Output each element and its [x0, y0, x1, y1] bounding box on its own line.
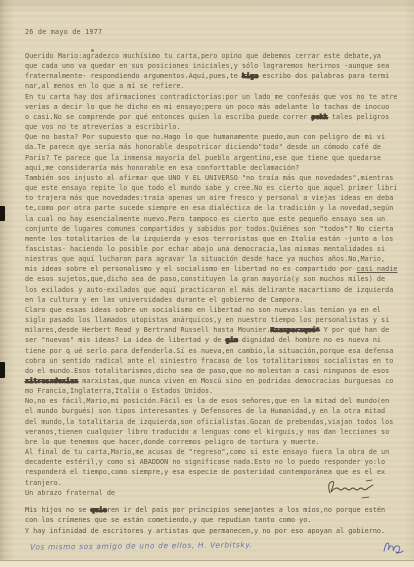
scan-mark [0, 362, 5, 378]
letter-text: Al final de tu carta,Mario,me acusas de … [25, 448, 389, 456]
letter-line: Mis hijos no se quieren ir del país por … [25, 505, 405, 515]
letter-line: Querido Mario:agradezco muchísimo tu car… [25, 51, 405, 61]
letter-text: aquí,me consideraría más honorable en es… [25, 164, 299, 172]
overstruck-text: quie [90, 506, 106, 514]
letter-text: Que no basta? Por supuesto que no.Hago l… [25, 133, 385, 141]
letter-text: verías a decir lo que he dicho en mi ens… [25, 103, 389, 111]
letter-line: París? Te parece que la inmensa mayoría … [25, 153, 405, 163]
overstruck-text: xitrasxdexiax [25, 377, 78, 385]
letter-text: o casi.No se comprende por qué entonces … [25, 113, 311, 121]
letter-text: bre lo que tenemos que hacer,donde corre… [25, 438, 320, 446]
letter-text: También sos injusto al afirmar que UNO Y… [25, 174, 393, 182]
letter-body: Querido Mario:agradezco muchísimo tu car… [25, 51, 405, 498]
letter-line: fascistas- haciendo lo posible por echar… [25, 244, 405, 254]
letter-line: veranos,tienen cualquier libro traducido… [25, 427, 405, 437]
letter-text: de esos sujetos,que,dicho sea de paso,co… [25, 275, 385, 283]
scan-mark [0, 206, 5, 221]
letter-text: mo Francia,Inglaterra,Italia o Estados U… [25, 387, 213, 395]
letter-line: mis ideas sobre el personalismo y el soc… [25, 264, 405, 274]
underlined-text: casi nadie [356, 265, 397, 273]
letter-line: que vos no te atreverías a escribirlo. [25, 122, 405, 132]
letter-text: en la cultura y en las universidades dur… [25, 296, 303, 304]
letter-line: conjunto de lugares comunes compartidos … [25, 224, 405, 234]
letter-text: to trajera más que novedades:traía apena… [25, 194, 393, 202]
letter-text: do el mundo.Esos totalitarismos,dicho se… [25, 367, 389, 375]
letter-line: del mundo,la totalitaria de izquierda,so… [25, 417, 405, 427]
letter-text: No,no es fácil,Mario,mi posición.Fácil e… [25, 397, 389, 405]
letter-text: ren ir del país por principios semejante… [107, 506, 385, 514]
letter-line: Que no basta? Por supuesto que no.Hago l… [25, 132, 405, 142]
letter-line: tiene por q ué serlo para defenderla.Sí … [25, 346, 405, 356]
letter-text: los exilados y auto-exilados que aquí pr… [25, 286, 393, 294]
letter-text: conjunto de lugares comunes compartidos … [25, 225, 393, 233]
letter-line: decadente estéril,y como si ABADDON no s… [25, 457, 405, 467]
letter-line: nar,al menos en lo que a mí se refiere. [25, 81, 405, 91]
letter-line: aquí,me consideraría más honorable en es… [25, 163, 405, 173]
letter-text: París? Te parece que la inmensa mayoría … [25, 154, 381, 162]
overstruck-text: pekk [311, 113, 327, 121]
letter-line: fraternalmente- respondiendo argumentos.… [25, 71, 405, 81]
postscript-body: Mis hijos no se quieren ir del país por … [25, 505, 405, 536]
letter-line: o casi.No se comprende por qué entonces … [25, 112, 405, 122]
letter-text: dignidad del hombre no es nueva ni [238, 336, 381, 344]
letter-line: siglo pasado los llamados utopistas anár… [25, 315, 405, 325]
letter-text: mente los totalitarios de la izquierda y… [25, 235, 393, 243]
letter-text: da.Te parece qye sería más honorable des… [25, 143, 381, 151]
letter-line: También sos injusto al afirmar que UNO Y… [25, 173, 405, 183]
letter-line: xitrasxdexiax marxistas,que nunca viven … [25, 376, 405, 386]
letter-text: Un abrazo fraternal de [25, 489, 115, 497]
handwritten-note: Vos mismo sos amigo de uno de ellos, H. … [30, 539, 330, 551]
letter-text: mis ideas sobre el personalismo y el soc… [25, 265, 356, 273]
letter-line: En tu carta hay dos afirmaciones contrad… [25, 92, 405, 102]
letter-text: nar,al menos en lo que a mí se refiere. [25, 82, 185, 90]
letter-text: del mundo,la totalitaria de izquierda,so… [25, 418, 393, 426]
letter-line: Y hay infinidad de escritores y artistas… [25, 526, 405, 536]
letter-page: 26 de mayo de 1977 Querido Mario:agradez… [0, 0, 414, 567]
letter-text: tiene por q ué serlo para defenderla.Sí … [25, 347, 393, 355]
handwritten-initials [382, 541, 406, 560]
letter-line: en la cultura y en las universidades dur… [25, 295, 405, 305]
letter-line: to trajera más que novedades:traía apena… [25, 193, 405, 203]
letter-text: milares,desde Herbert Read y Bertrand Ru… [25, 326, 271, 334]
letter-text: te,como por otra parte sucede siempre en… [25, 204, 393, 212]
letter-line: cobra un sentido radical ante el siniest… [25, 356, 405, 366]
overstruck-text: kiga [242, 72, 258, 80]
letter-text: tranjero. [25, 479, 62, 487]
paper-bottom-edge [0, 560, 414, 567]
letter-text: escribo dos palabras para termi [258, 72, 389, 80]
letter-line: responderá el tiempo,como siempre,y esa … [25, 467, 405, 477]
letter-line: do el mundo.Esos totalitarismos,dicho se… [25, 366, 405, 376]
letter-text: responderá el tiempo,como siempre,y esa … [25, 468, 385, 476]
letter-line: con los crímenes que se están cometiendo… [25, 515, 405, 525]
letter-line: bre lo que tenemos que hacer,donde corre… [25, 437, 405, 447]
letter-line: que este ensayo repite lo que todo el mu… [25, 183, 405, 193]
letter-line: Claro que essas ideas sobre un socialism… [25, 305, 405, 315]
letter-text: que vos no te atreverías a escribirlo. [25, 123, 181, 131]
letter-text: la cual no hay esencialmente nuevo.Pero … [25, 215, 385, 223]
letter-line: mente los totalitarios de la izquierda y… [25, 234, 405, 244]
signature-scribble [322, 478, 388, 505]
letter-text: veranos,tienen cualquier libro traducido… [25, 428, 389, 436]
letter-line: el mundo burgués) son tipos interesantes… [25, 406, 405, 416]
letter-text: cobra un sentido radical ante el siniest… [25, 357, 393, 365]
letter-text: tales peligros [328, 113, 389, 121]
letter-line: milares,desde Herbert Read y Bertrand Ru… [25, 325, 405, 335]
letter-text: decadente estéril,y como si ABADDON no s… [25, 458, 385, 466]
overstruck-text: gim [226, 336, 238, 344]
letter-line: verías a decir lo que he dicho en mi ens… [25, 102, 405, 112]
letter-text: Y hay infinidad de escritores y artistas… [25, 527, 385, 535]
letter-text: Claro que essas ideas sobre un socialism… [25, 306, 381, 314]
letter-line: ser "nuevas" mis ideas? La idea de liber… [25, 335, 405, 345]
letter-text: que este ensayo repite lo que todo el mu… [25, 184, 397, 192]
letter-line: la cual no hay esencialmente nuevo.Pero … [25, 214, 405, 224]
letter-text: siglo pasado los llamados utopistas anár… [25, 316, 389, 324]
letter-line: niestras que aquí lucharon para agravar … [25, 254, 405, 264]
letter-line: los exilados y auto-exilados que aquí pr… [25, 285, 405, 295]
letter-text: el mundo burgués) son tipos interesantes… [25, 407, 385, 415]
letter-text: que cada uno va quedar en sus posiciones… [25, 62, 389, 70]
letter-line: que cada uno va quedar en sus posiciones… [25, 61, 405, 71]
letter-line: No,no es fácil,Mario,mi posición.Fácil e… [25, 396, 405, 406]
letter-line: da.Te parece qye sería más honorable des… [25, 142, 405, 152]
overstruck-text: Rxaxparxqué* [271, 326, 320, 334]
letter-line: Al final de tu carta,Mario,me acusas de … [25, 447, 405, 457]
letter-line: mo Francia,Inglaterra,Italia o Estados U… [25, 386, 405, 396]
letter-text: En tu carta hay dos afirmaciones contrad… [25, 93, 397, 101]
letter-date: 26 de mayo de 1977 [25, 27, 102, 37]
letter-line: de esos sujetos,que,dicho sea de paso,co… [25, 274, 405, 284]
letter-text: fascistas- haciendo lo posible por echar… [25, 245, 385, 253]
letter-text: con los crímenes que se están cometiendo… [25, 516, 311, 524]
letter-text: fraternalmente- respondiendo argumentos.… [25, 72, 242, 80]
letter-text: marxistas,que nunca viven en Moscú sino … [78, 377, 393, 385]
letter-text: ser "nuevas" mis ideas? La idea de liber… [25, 336, 226, 344]
letter-line: te,como por otra parte sucede siempre en… [25, 203, 405, 213]
letter-text: niestras que aquí lucharon para agravar … [25, 255, 385, 263]
letter-text: Y por qué han de [320, 326, 390, 334]
letter-text: Mis hijos no se [25, 506, 90, 514]
letter-text: Querido Mario:agradezco muchísimo tu car… [25, 52, 381, 60]
